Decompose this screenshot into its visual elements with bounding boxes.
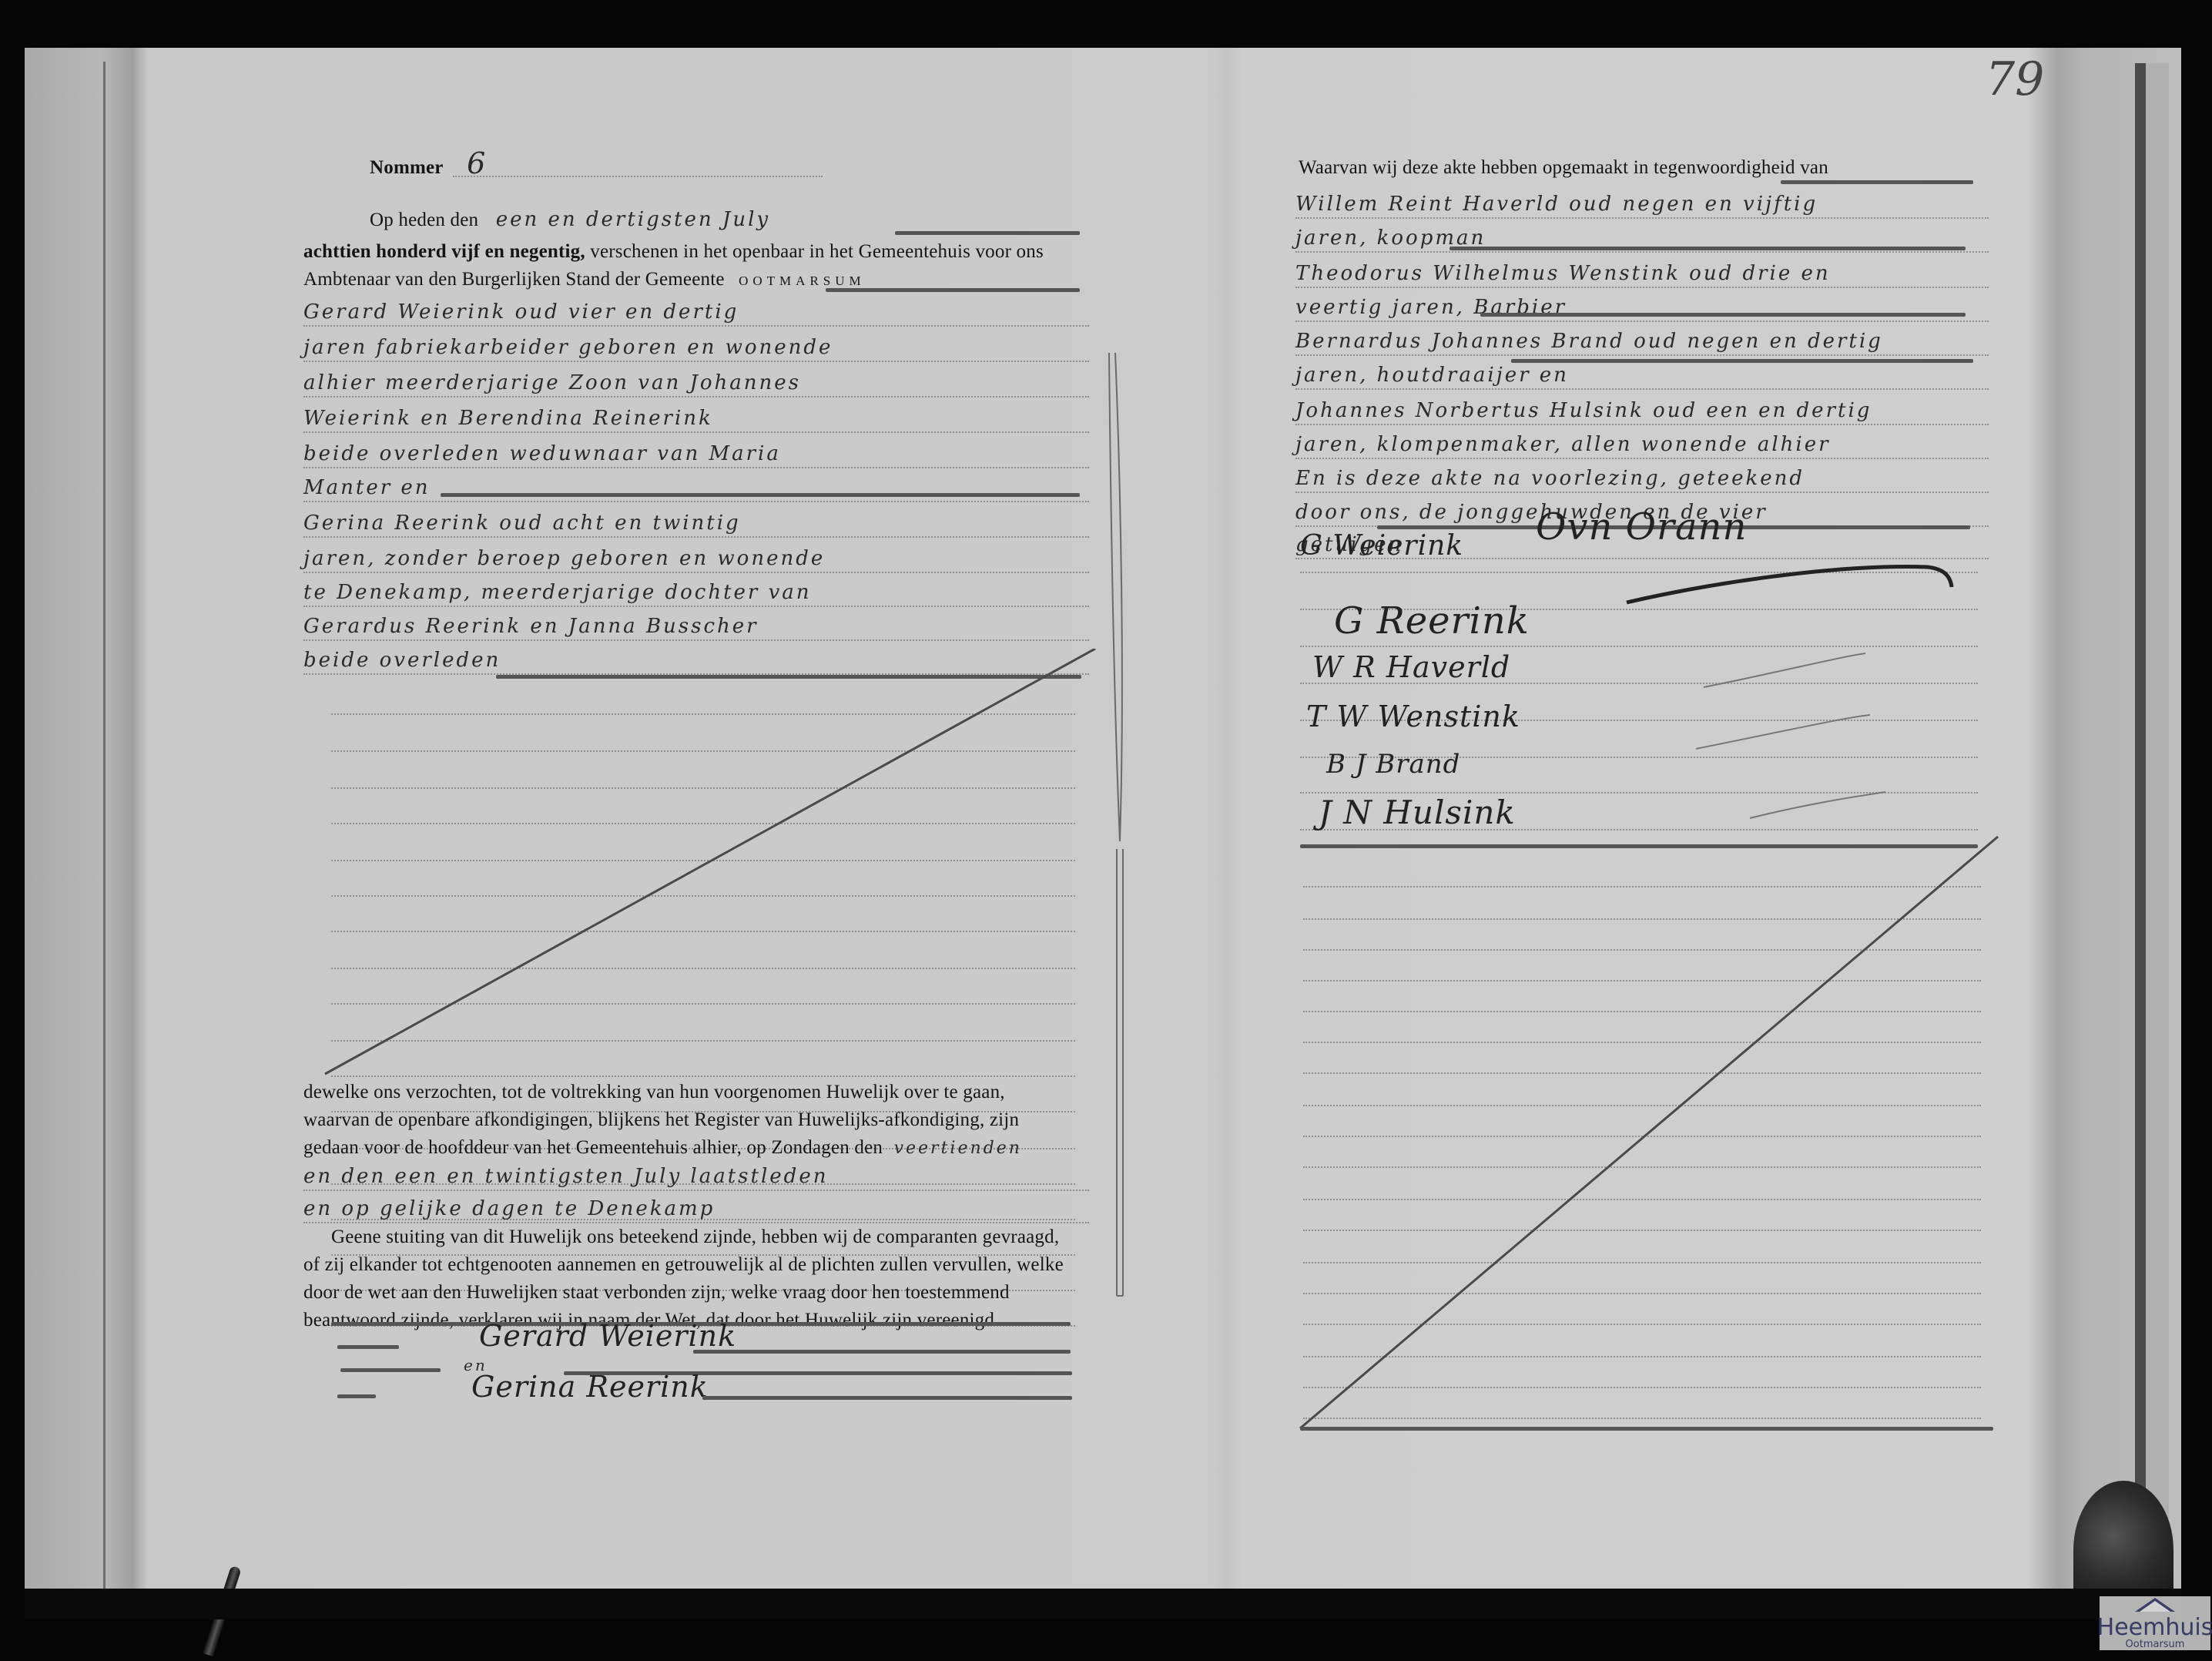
bride-line-5: beide overleden [303,641,1089,675]
witness-line-1: Willem Reint Haverld oud negen en vijfti… [1295,185,1989,219]
cancel-diagonal-stroke [1295,834,2004,1434]
printed-paragraph-2: Geene stuiting van dit Huwelijk ons bete… [303,1223,1089,1334]
signature-witness-1: W R Haverld [1312,650,1510,684]
paragraph-line: of zij elkander tot echtgenooten aanneme… [303,1251,1089,1279]
witness-line-5: Bernardus Johannes Brand oud negen en de… [1295,322,1989,356]
year-line: achttien honderd vijf en negentig, versc… [303,238,1089,266]
signature-witness-2: T W Wenstink [1306,700,1520,733]
nummer-label: Nommer [370,157,444,178]
printed-paragraph-1: dewelke ons verzochten, tot de voltrekki… [303,1079,1089,1163]
bride-line-3: te Denekamp, meerderjarige dochter van [303,573,1089,607]
year-text: achttien honderd vijf en negentig, [303,241,585,262]
signature-witness-4: J N Hulsink [1319,794,1516,831]
groom-line-2: jaren fabriekarbeider geboren en wonende [303,328,1089,362]
marriage-date: een en dertigsten July [496,208,770,231]
witness-line-8: jaren, klompenmaker, allen wonende alhie… [1295,425,1989,459]
witness-line-text: jaren, houtdraaijer en [1295,364,1569,388]
bride-line-text: Gerardus Reerink en Janna Busscher [303,615,759,639]
house-roof-icon [2135,1598,2175,1612]
bride-line-text: te Denekamp, meerderjarige dochter van [303,581,812,606]
groom-line-text: alhier meerderjarige Zoon van Johannes [303,371,801,396]
afkondiging-text: en den een en twintigsten July laatstled… [303,1165,828,1190]
groom-line-3: alhier meerderjarige Zoon van Johannes [303,364,1089,398]
groom-line-text: Manter en [303,476,431,501]
witness-line-text: jaren, klompenmaker, allen wonende alhie… [1295,433,1831,458]
signature-bride: G Reerink [1334,599,1530,643]
heemhuis-watermark: Heemhuis Ootmarsum [2100,1596,2210,1650]
gemeente-name: OOTMARSUM [739,273,866,288]
right-page: 79 Waarvan wij deze akte hebben opgemaak… [1226,48,2181,1619]
fill-rule [340,1368,441,1372]
witness-line-text: Johannes Norbertus Hulsink oud een en de… [1295,399,1872,424]
gemeente-line-text: Ambtenaar van den Burgerlijken Stand der… [303,269,725,290]
fill-rule [895,231,1080,235]
paragraph-line: gedaan voor de hoofddeur van het Gemeent… [303,1137,883,1158]
fill-rule [1781,180,1973,184]
afkondiging-date-1: veertienden [894,1139,1022,1158]
united-groom-name: Gerard Weierink [479,1319,736,1353]
paragraph-line: dewelke ons verzochten, tot de voltrekki… [303,1079,1089,1106]
fill-rule [826,288,1080,292]
witness-line-7: Johannes Norbertus Hulsink oud een en de… [1295,391,1989,425]
groom-line-1: Gerard Weierink oud vier en dertig [303,293,1089,327]
page-number: 79 [1986,52,2044,106]
witness-line-9: En is deze akte na voorlezing, geteekend [1295,459,1989,493]
witness-line-text: Bernardus Johannes Brand oud negen en de… [1295,330,1883,354]
register-spread: Nommer 6 Op heden den een en dertigsten … [25,48,2181,1619]
witness-line-text: veertig jaren, Barbier [1295,296,1567,320]
witness-line-text: En is deze akte na voorlezing, geteekend [1295,467,1805,492]
bride-line-text: jaren, zonder beroep geboren en wonende [303,547,825,572]
afkondiging-line-2: en den een en twintigsten July laatstled… [303,1157,1089,1191]
fill-rule [337,1394,376,1398]
year-line-rest: verschenen in het openbaar in het Gemeen… [590,241,1044,262]
bottom-shadow [25,1589,2181,1619]
afkondiging-line-3: en op gelijke dagen te Denekamp [303,1190,1089,1223]
fill-rule [1450,247,1966,250]
nummer-line: Nommer 6 [370,149,832,183]
bride-line-text: beide overleden [303,649,501,673]
bride-line-1: Gerina Reerink oud acht en twintig [303,504,1089,538]
witness-line-text: Theodorus Wilhelmus Wenstink oud drie en [1295,262,1831,287]
united-bride-name: Gerina Reerink [471,1370,709,1404]
fill-rule [1511,359,1973,363]
fill-rule [496,675,1081,679]
registrar-flourish [1619,556,1958,610]
page-fold-line [103,62,106,1602]
groom-line-text: jaren fabriekarbeider geboren en wonende [303,336,833,361]
watermark-name: Heemhuis [2097,1616,2212,1639]
groom-line-text: beide overleden weduwnaar van Maria [303,442,781,467]
paragraph-line: waarvan de openbare afkondigingen, blijk… [303,1106,1089,1134]
groom-line-6: Manter en [303,468,1089,502]
bride-line-text: Gerina Reerink oud acht en twintig [303,512,741,536]
groom-line-5: beide overleden weduwnaar van Maria [303,435,1089,468]
signature-flourishes [1688,649,1950,841]
paragraph-line: door de wet aan den Huwelijken staat ver… [303,1279,1089,1307]
binding-strip [2135,63,2146,1573]
signature-groom: G Weierink [1300,530,1463,562]
signature-witness-3: B J Brand [1326,749,1460,780]
fill-rule [1300,1427,1993,1431]
op-heden-label: Op heden den [370,210,478,230]
bride-line-4: Gerardus Reerink en Janna Busscher [303,607,1089,641]
witness-line-text: Willem Reint Haverld oud negen en vijfti… [1295,193,1818,217]
groom-line-text: Weierink en Berendina Reinerink [303,407,713,431]
fill-rule [441,493,1080,497]
fill-rule [1480,313,1966,317]
fill-rule [702,1396,1072,1400]
bride-line-2: jaren, zonder beroep geboren en wonende [303,539,1089,573]
afkondiging-text: en op gelijke dagen te Denekamp [303,1197,715,1222]
witness-heading: Waarvan wij deze akte hebben opgemaakt i… [1299,154,1828,182]
signature-registrar: Ovn Orann [1536,505,1747,549]
page-edge-strip [2146,63,2169,1573]
witness-line-3: Theodorus Wilhelmus Wenstink oud drie en [1295,254,1989,288]
fill-rule [337,1345,399,1349]
fill-rule [693,1350,1071,1354]
groom-line-text: Gerard Weierink oud vier en dertig [303,300,739,325]
groom-line-4: Weierink en Berendina Reinerink [303,399,1089,433]
witness-line-4: veertig jaren, Barbier [1295,288,1989,322]
paragraph-line: Geene stuiting van dit Huwelijk ons bete… [303,1223,1089,1251]
fill-rule [1300,844,1978,848]
watermark-place: Ootmarsum [2126,1639,2185,1650]
gutter-pencil-mark [1104,348,1135,1304]
left-page: Nommer 6 Op heden den een en dertigsten … [25,48,1226,1619]
